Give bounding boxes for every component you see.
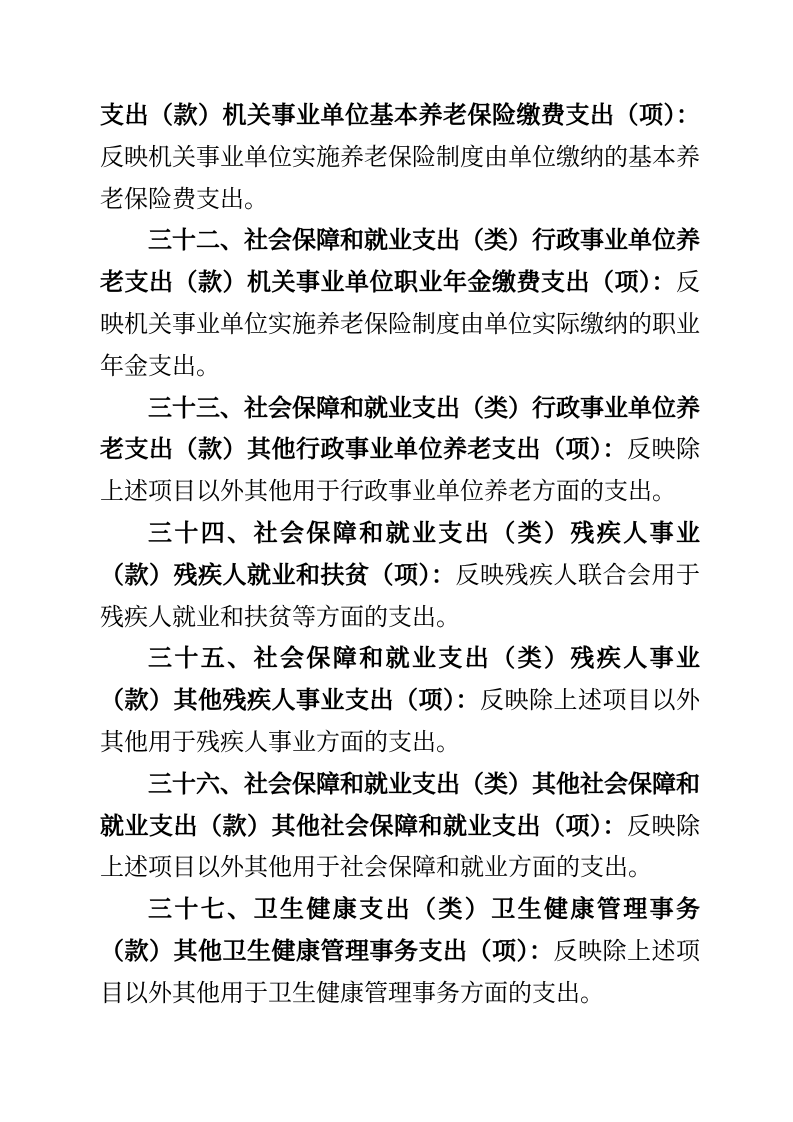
paragraph-item-35: 三十五、社会保障和就业支出（类）残疾人事业（款）其他残疾人事业支出（项）：反映除… [100,639,700,764]
paragraph-heading: 三十三、社会保障和就业支出（类）行政事业单位养老支出（款）其他行政事业单位养老支… [100,396,700,464]
paragraph-item-36: 三十六、社会保障和就业支出（类）其他社会保障和就业支出（款）其他社会保障和就业支… [100,765,700,890]
paragraph-item-34: 三十四、社会保障和就业支出（类）残疾人事业（款）残疾人就业和扶贫（项）：反映残疾… [100,514,700,639]
paragraph-item-37: 三十七、卫生健康支出（类）卫生健康管理事务（款）其他卫生健康管理事务支出（项）：… [100,890,700,1015]
paragraph-continued: 支出（款）机关事业单位基本养老保险缴费支出（项）：反映机关事业单位实施养老保险制… [100,96,700,221]
document-text-block: 支出（款）机关事业单位基本养老保险缴费支出（项）：反映机关事业单位实施养老保险制… [100,96,700,1016]
paragraph-body: 反映机关事业单位实施养老保险制度由单位缴纳的基本养老保险费支出。 [100,145,700,213]
paragraph-item-33: 三十三、社会保障和就业支出（类）行政事业单位养老支出（款）其他行政事业单位养老支… [100,389,700,514]
paragraph-heading: 三十二、社会保障和就业支出（类）行政事业单位养老支出（款）机关事业单位职业年金缴… [100,228,700,296]
document-page: 支出（款）机关事业单位基本养老保险缴费支出（项）：反映机关事业单位实施养老保险制… [0,0,793,1122]
paragraph-heading: 支出（款）机关事业单位基本养老保险缴费支出（项）： [100,103,700,129]
paragraph-heading: 三十六、社会保障和就业支出（类）其他社会保障和就业支出（款）其他社会保障和就业支… [100,772,700,840]
paragraph-item-32: 三十二、社会保障和就业支出（类）行政事业单位养老支出（款）机关事业单位职业年金缴… [100,221,700,388]
